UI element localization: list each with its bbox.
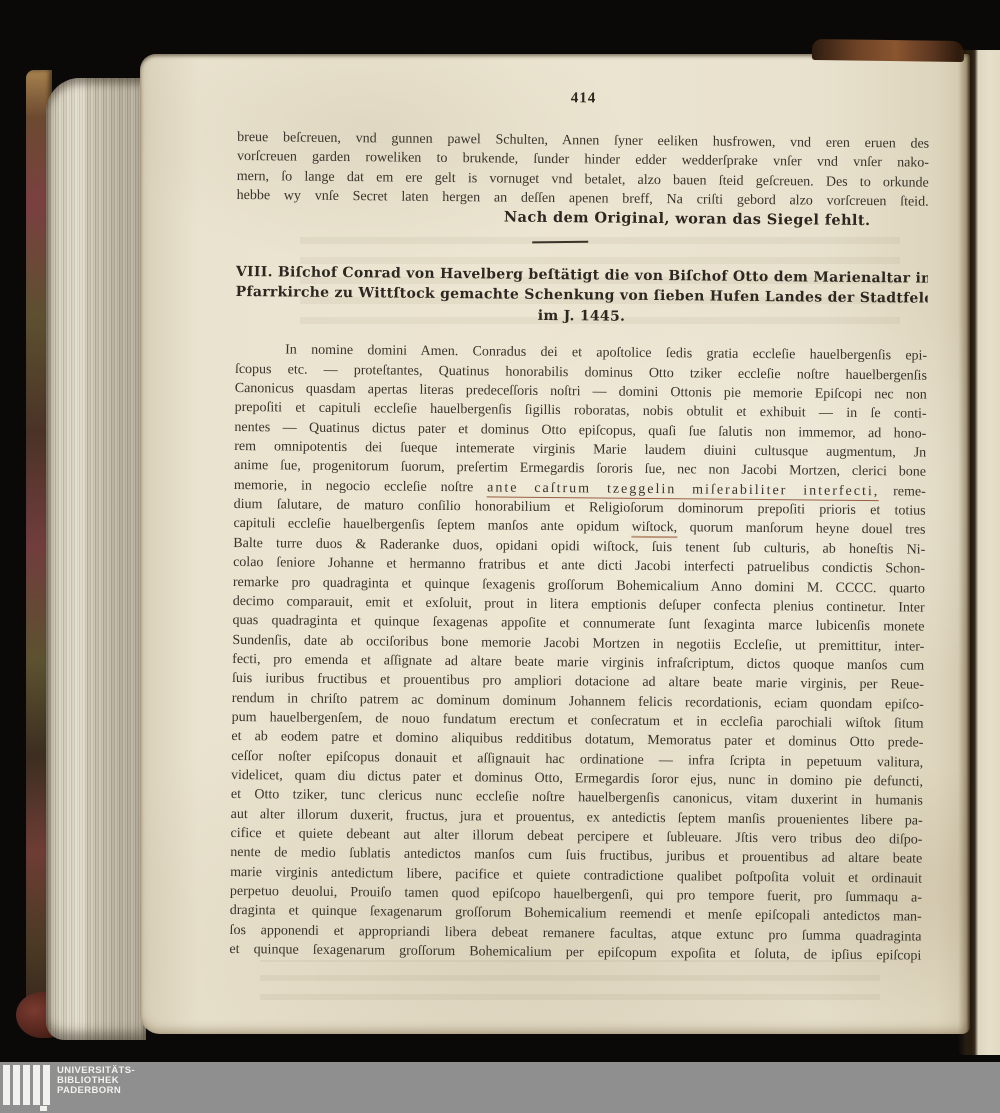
- logo-bar: [3, 1065, 10, 1105]
- text-segment: reme-: [879, 484, 926, 499]
- document-heading: VIII. Biſchof Conrad von Havelberg beſtä…: [235, 262, 928, 330]
- logo-dot: [40, 1106, 47, 1111]
- page-number: 414: [238, 86, 930, 111]
- page-content: 414 breue beſcreuen, vnd gunnen pawel Sc…: [229, 54, 930, 966]
- text-segment: capituli eccleſie hauelbergenſis ſeptem …: [233, 516, 631, 535]
- logo-bar: [13, 1065, 20, 1105]
- watermark-band: UNIVERSITÄTS-BIBLIOTHEKPADERBORN: [0, 1062, 1000, 1113]
- logo-bar: [43, 1065, 50, 1105]
- library-logo-icon: [3, 1065, 50, 1105]
- section-divider: [532, 241, 588, 244]
- library-name-line: PADERBORN: [57, 1086, 135, 1096]
- book-scan: 414 breue beſcreuen, vnd gunnen pawel Sc…: [0, 0, 1000, 1113]
- text-segment: quorum manſorum heyne douel tres: [677, 521, 925, 538]
- page-edge-stack: [46, 78, 146, 1040]
- text-segment: memorie, in negocio eccleſie noſtre: [234, 478, 487, 495]
- book-spine-top-edge: [812, 39, 964, 62]
- underlined-text: wiſtock,: [632, 520, 678, 538]
- library-name: UNIVERSITÄTS-BIBLIOTHEKPADERBORN: [57, 1066, 135, 1095]
- book-gutter: [958, 50, 1000, 1055]
- logo-bar: [33, 1065, 40, 1105]
- previous-document-text: breue beſcreuen, vnd gunnen pawel Schult…: [236, 128, 929, 232]
- logo-bar: [23, 1065, 30, 1105]
- document-body: In nomine domini Amen. Conradus dei et a…: [229, 340, 927, 966]
